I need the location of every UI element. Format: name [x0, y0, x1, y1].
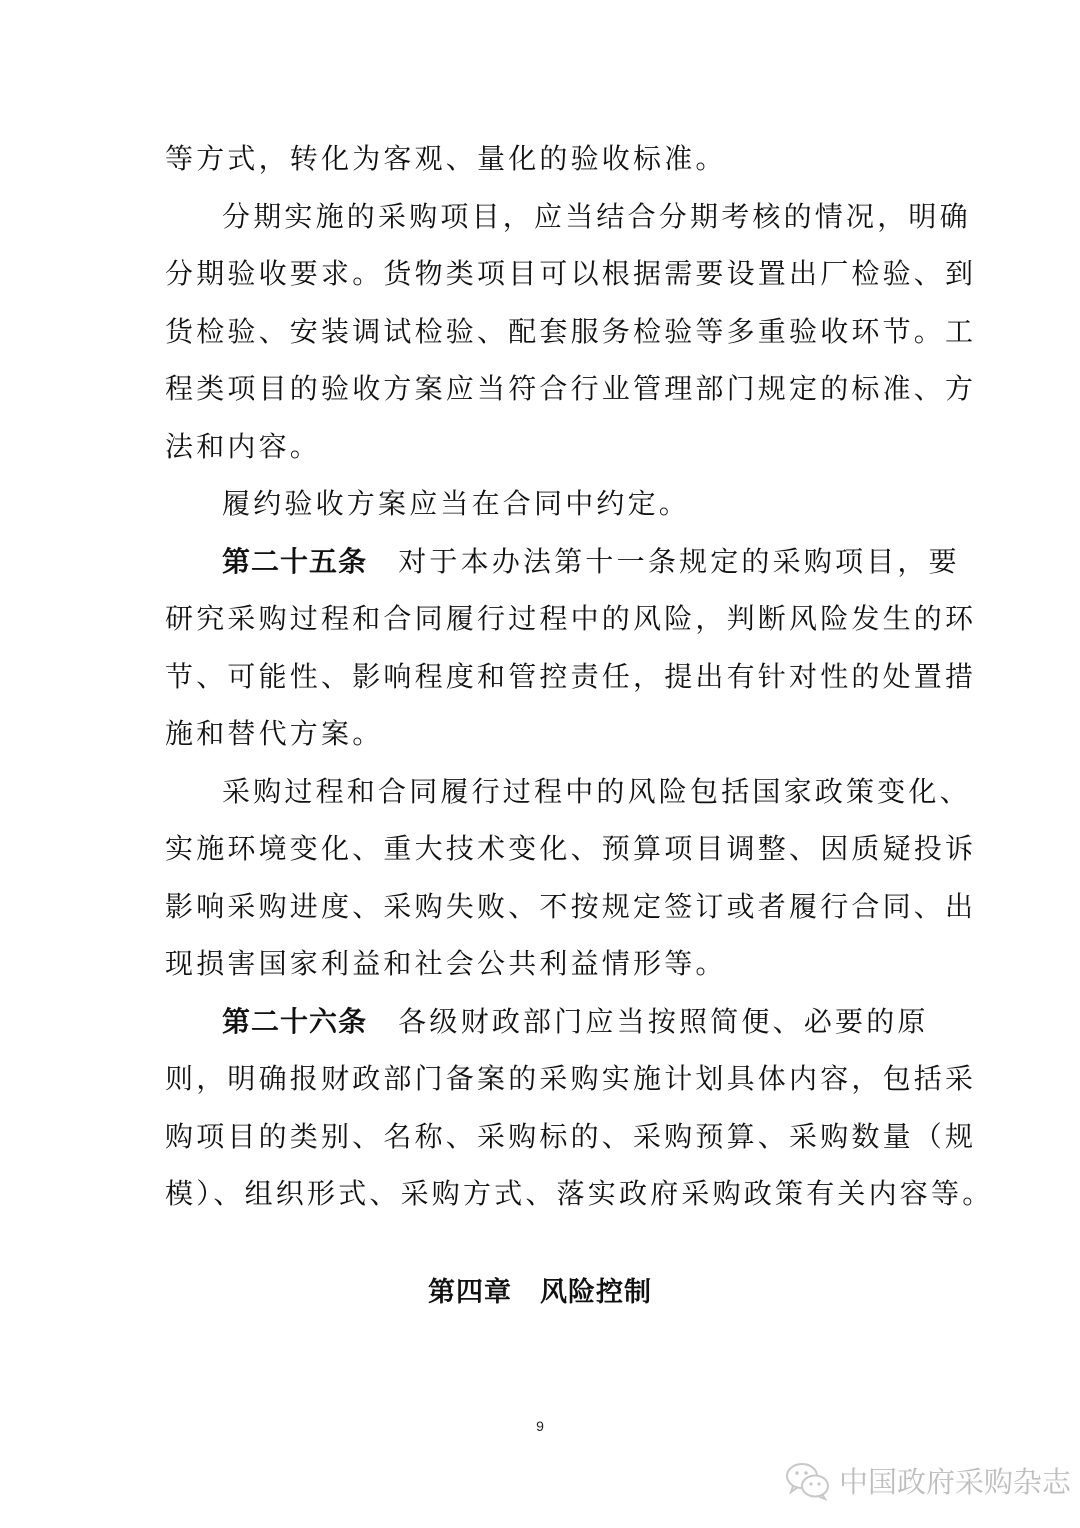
page-number: 9 — [0, 1418, 1080, 1434]
text-line: 则，明确报财政部门备案的采购实施计划具体内容，包括采 — [165, 1050, 917, 1108]
text-line: 分期验收要求。货物类项目可以根据需要设置出厂检验、到 — [165, 245, 917, 303]
wechat-icon — [785, 1461, 831, 1501]
text-line: 模）、组织形式、采购方式、落实政府采购政策有关内容等。 — [165, 1165, 917, 1223]
text-line: 法和内容。 — [165, 418, 917, 476]
document-body: 等方式，转化为客观、量化的验收标准。 分期实施的采购项目，应当结合分期考核的情况… — [165, 130, 917, 1223]
text-line: 等方式，转化为客观、量化的验收标准。 — [165, 130, 917, 188]
article-25-heading-line: 第二十五条 对于本办法第十一条规定的采购项目，要 — [165, 533, 917, 591]
article-number: 第二十六条 — [222, 1005, 367, 1038]
text-line: 程类项目的验收方案应当符合行业管理部门规定的标准、方 — [165, 360, 917, 418]
text-line: 履约验收方案应当在合同中约定。 — [165, 475, 917, 533]
text-line: 实施环境变化、重大技术变化、预算项目调整、因质疑投诉 — [165, 820, 917, 878]
text-line: 采购过程和合同履行过程中的风险包括国家政策变化、 — [165, 763, 917, 821]
text-line: 现损害国家利益和社会公共利益情形等。 — [165, 935, 917, 993]
text-line: 货检验、安装调试检验、配套服务检验等多重验收环节。工 — [165, 303, 917, 361]
chapter-heading: 第四章 风险控制 — [0, 1270, 1080, 1309]
text-line: 购项目的类别、名称、采购标的、采购预算、采购数量（规 — [165, 1108, 917, 1166]
text-line: 研究采购过程和合同履行过程中的风险，判断风险发生的环 — [165, 590, 917, 648]
text-line: 节、可能性、影响程度和管控责任，提出有针对性的处置措 — [165, 648, 917, 706]
text-line: 施和替代方案。 — [165, 705, 917, 763]
article-26-heading-line: 第二十六条 各级财政部门应当按照简便、必要的原 — [165, 993, 917, 1051]
text-line: 分期实施的采购项目，应当结合分期考核的情况，明确 — [165, 188, 917, 246]
watermark-text: 中国政府采购杂志 — [839, 1460, 1071, 1501]
text-line: 影响采购进度、采购失败、不按规定签订或者履行合同、出 — [165, 878, 917, 936]
watermark: 中国政府采购杂志 — [785, 1460, 1071, 1501]
article-number: 第二十五条 — [222, 545, 367, 578]
